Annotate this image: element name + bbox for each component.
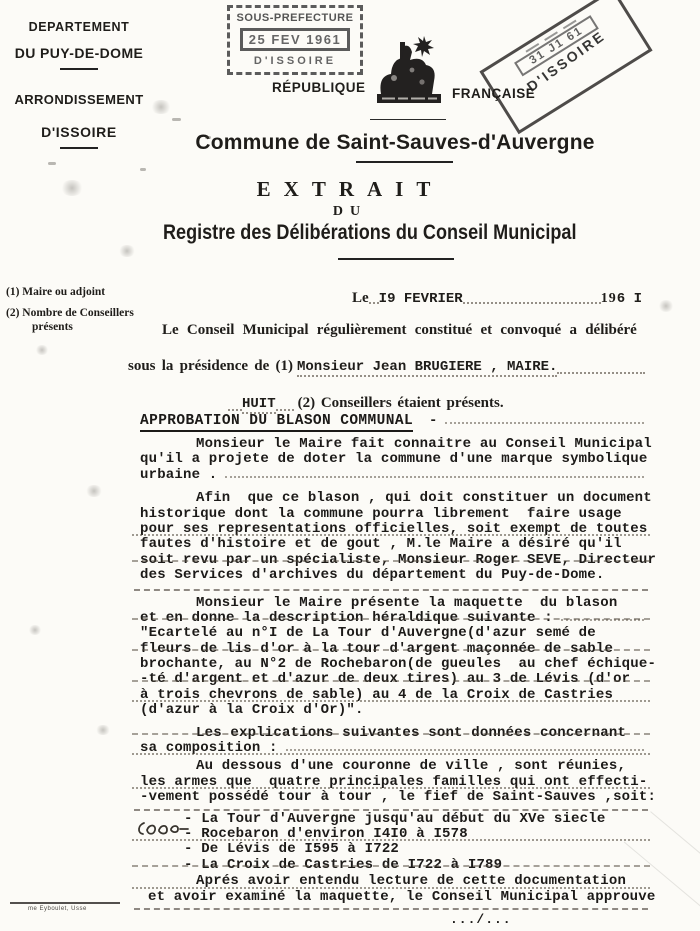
date-line: Le I9 FEVRIER 19 6 I (352, 290, 642, 307)
department-block: DEPARTEMENT DU PUY-DE-DOME ARRONDISSEMEN… (8, 20, 150, 149)
paragraph-4: Les explications suivantes sont données … (128, 726, 648, 757)
scan-noise (172, 118, 181, 121)
paragraph-6: Aprés avoir entendu lecture de cette doc… (128, 874, 648, 905)
form-rule (134, 906, 648, 910)
body-line: brochante, au N°2 de Rochebaron(de gueul… (140, 657, 656, 672)
form-rule (134, 807, 648, 811)
dotted-rule (557, 371, 645, 374)
body-line: des Services d'archives du département d… (140, 568, 604, 583)
body-line: à trois chevrons de sable) au 4 de la Cr… (140, 688, 613, 703)
typed-president-name: Monsieur Jean BRUGIERE , MAIRE. (297, 359, 557, 377)
scan-noise (35, 345, 49, 355)
body-line: (d'azur à la Croix d'Or)". (140, 703, 364, 718)
handwritten-mark (134, 817, 190, 846)
printed-text: sous la présidence de (1) (128, 358, 293, 375)
margin-note-1: (1) Maire ou adjoint (6, 286, 146, 300)
dotted-rule (463, 301, 601, 304)
fold-line (650, 811, 700, 870)
imprint-rule (10, 902, 120, 904)
preamble-line-2: sous la présidence de (1) Monsieur Jean … (128, 357, 645, 377)
stamp-place: D'ISSOIRE (232, 55, 358, 67)
department-label: DEPARTEMENT (8, 20, 150, 34)
dotted-rule (225, 475, 644, 478)
continuation-mark: .../... (128, 912, 648, 927)
printed-text: (2) Conseillers étaient présents. (298, 395, 504, 412)
body-line: Afin que ce blason , qui doit constituer… (140, 491, 652, 506)
preamble-line-1: Le Conseil Municipal régulièrement const… (128, 322, 645, 339)
body-line: fleurs de lis d'or à la tour d'argent ma… (140, 642, 613, 657)
date-prefix: Le (352, 290, 369, 307)
body-line: -té d'argent et d'azur de deux tires) au… (140, 672, 630, 687)
dotted-rule (369, 301, 379, 304)
paragraph-5: Au dessous d'une couronne de ville , son… (128, 759, 648, 805)
stamp-title: SOUS-PREFECTURE (232, 12, 358, 24)
scan-noise (85, 485, 103, 497)
divider (370, 119, 446, 120)
dotted-rule (228, 408, 242, 411)
body-line: -vement possédé tour à tour , le fief de… (140, 790, 656, 805)
preamble: Le Conseil Municipal régulièrement const… (128, 322, 645, 414)
commune-title: Commune de Saint-Sauves-d'Auvergne (85, 131, 700, 155)
department-name: DU PUY-DE-DOME (8, 45, 150, 61)
divider (60, 68, 98, 70)
paragraph-3: Monsieur le Maire présente la maquette d… (128, 596, 648, 719)
body-line: Monsieur le Maire fait connaitre au Cons… (140, 437, 652, 452)
scan-noise (150, 100, 172, 114)
body-line: Monsieur le Maire présente la maquette d… (140, 596, 617, 611)
preamble-line-3: HUIT (2) Conseillers étaient présents. (228, 394, 645, 414)
heading-dash: - (429, 414, 437, 429)
scan-noise (658, 300, 674, 312)
extrait-title: EXTRAIT (0, 177, 700, 202)
divider (338, 258, 454, 260)
body-line: historique dont la commune pourra librem… (140, 507, 622, 522)
margin-notes: (1) Maire ou adjoint (2) Nombre de Conse… (6, 286, 146, 334)
sous-prefecture-stamp: SOUS-PREFECTURE 25 FEV 1961 D'ISSOIRE (227, 5, 363, 75)
body-line: qu'il a projete de doter la commune d'un… (140, 452, 647, 467)
body-line: et avoir examiné la maquette, le Conseil… (148, 890, 655, 905)
body-line: sa composition : (140, 741, 278, 756)
dotted-rule (561, 618, 644, 621)
deliberation-body: APPROBATION DU BLASON COMMUNAL - Monsieu… (128, 412, 648, 927)
divider (356, 161, 453, 163)
du-label: DU (0, 204, 700, 220)
printer-imprint: me Eyboulet, Usse (28, 906, 87, 912)
margin-note-2: (2) Nombre de Conseillers (6, 307, 146, 321)
body-line: urbaine . (140, 468, 217, 483)
scanned-document-page: DEPARTEMENT DU PUY-DE-DOME ARRONDISSEMEN… (0, 0, 700, 931)
scan-noise (205, 136, 211, 139)
body-line: fautes d'histoire et de gout , M.le Mair… (140, 537, 622, 552)
year-printed: 19 (601, 291, 617, 307)
registre-title: Registre des Délibérations du Conseil Mu… (163, 220, 576, 245)
arrondissement-label: ARRONDISSEMENT (8, 92, 150, 107)
list-item: - La Croix de Castries de I722 à I789 (140, 858, 502, 873)
paragraph-2: Afin que ce blason , qui doit constituer… (128, 491, 648, 583)
year-typed: 6 I (617, 291, 642, 307)
francaise-label: FRANÇAISE (452, 86, 535, 101)
body-line: "Ecartelé au n°I de La Tour d'Auvergne(d… (140, 626, 596, 641)
scan-noise (28, 625, 42, 635)
dotted-rule (445, 421, 644, 424)
paragraph-1: Monsieur le Maire fait connaitre au Cons… (128, 437, 648, 483)
families-list: - La Tour d'Auvergne jusqu'au début du X… (128, 812, 648, 874)
section-heading: APPROBATION DU BLASON COMMUNAL - (140, 414, 648, 433)
body-line: Aprés avoir entendu lecture de cette doc… (140, 874, 626, 889)
body-line: Au dessous d'une couronne de ville , son… (140, 759, 626, 774)
body-line: Les explications suivantes sont données … (140, 726, 626, 741)
dotted-rule (276, 408, 294, 411)
body-line: pour ses representations officielles, so… (140, 522, 647, 537)
date-typed: I9 FEVRIER (379, 291, 463, 307)
stamp-date: 25 FEV 1961 (240, 28, 350, 51)
form-rule (134, 587, 648, 591)
scan-noise (140, 168, 146, 171)
scan-noise (48, 162, 56, 165)
republique-emblem-icon (372, 34, 446, 123)
body-line: et en donne la description héraldique su… (140, 611, 553, 626)
republique-label: RÉPUBLIQUE (272, 80, 366, 95)
body-line: les armes que quatre principales famille… (140, 775, 647, 790)
scan-noise (60, 180, 84, 196)
tilted-issoire-stamp: 31 J1 61 D'ISSOIRE (479, 0, 652, 134)
scan-noise (118, 245, 136, 257)
scan-noise (95, 725, 111, 735)
heading-text: APPROBATION DU BLASON COMMUNAL (140, 414, 413, 432)
body-line: soit revu par un spécialiste, Monsieur R… (140, 553, 656, 568)
dotted-rule (286, 748, 644, 751)
list-item: - La Tour d'Auvergne jusqu'au début du X… (140, 812, 605, 827)
